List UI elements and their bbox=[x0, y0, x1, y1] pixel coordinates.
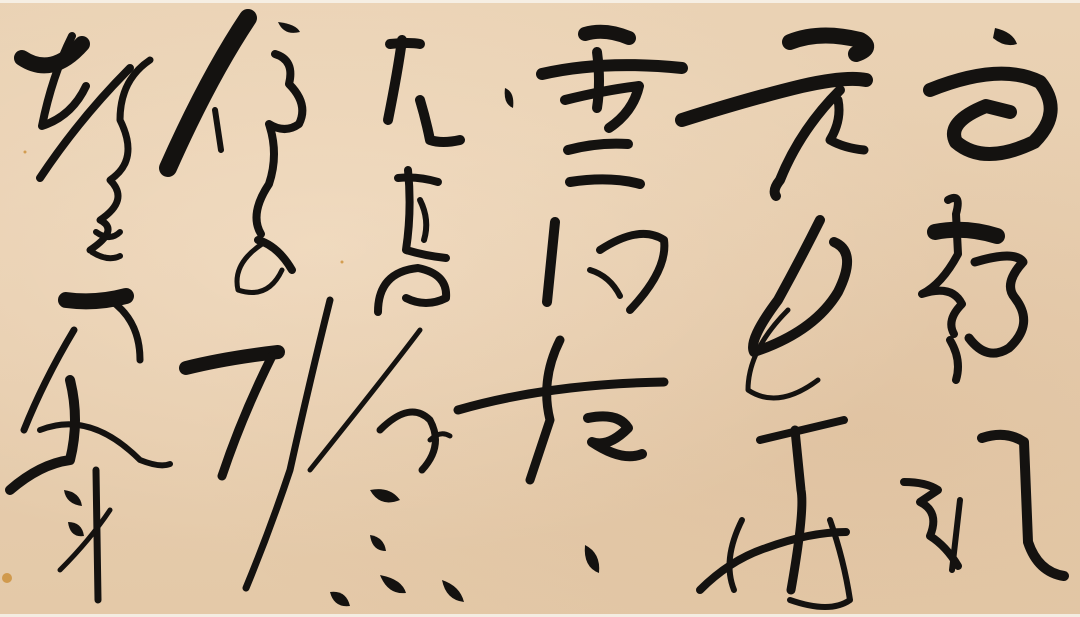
calligraphy-scroll: Bold, fluid black ink strokes on aged ta… bbox=[0, 0, 1080, 617]
column-6 bbox=[10, 36, 170, 600]
ink-strokes bbox=[0, 0, 1080, 617]
column-2 bbox=[682, 35, 866, 607]
column-4 bbox=[310, 40, 464, 606]
column-3 bbox=[458, 32, 682, 573]
column-5 bbox=[168, 18, 330, 588]
column-1 bbox=[904, 28, 1064, 576]
paper-stain bbox=[2, 573, 12, 583]
